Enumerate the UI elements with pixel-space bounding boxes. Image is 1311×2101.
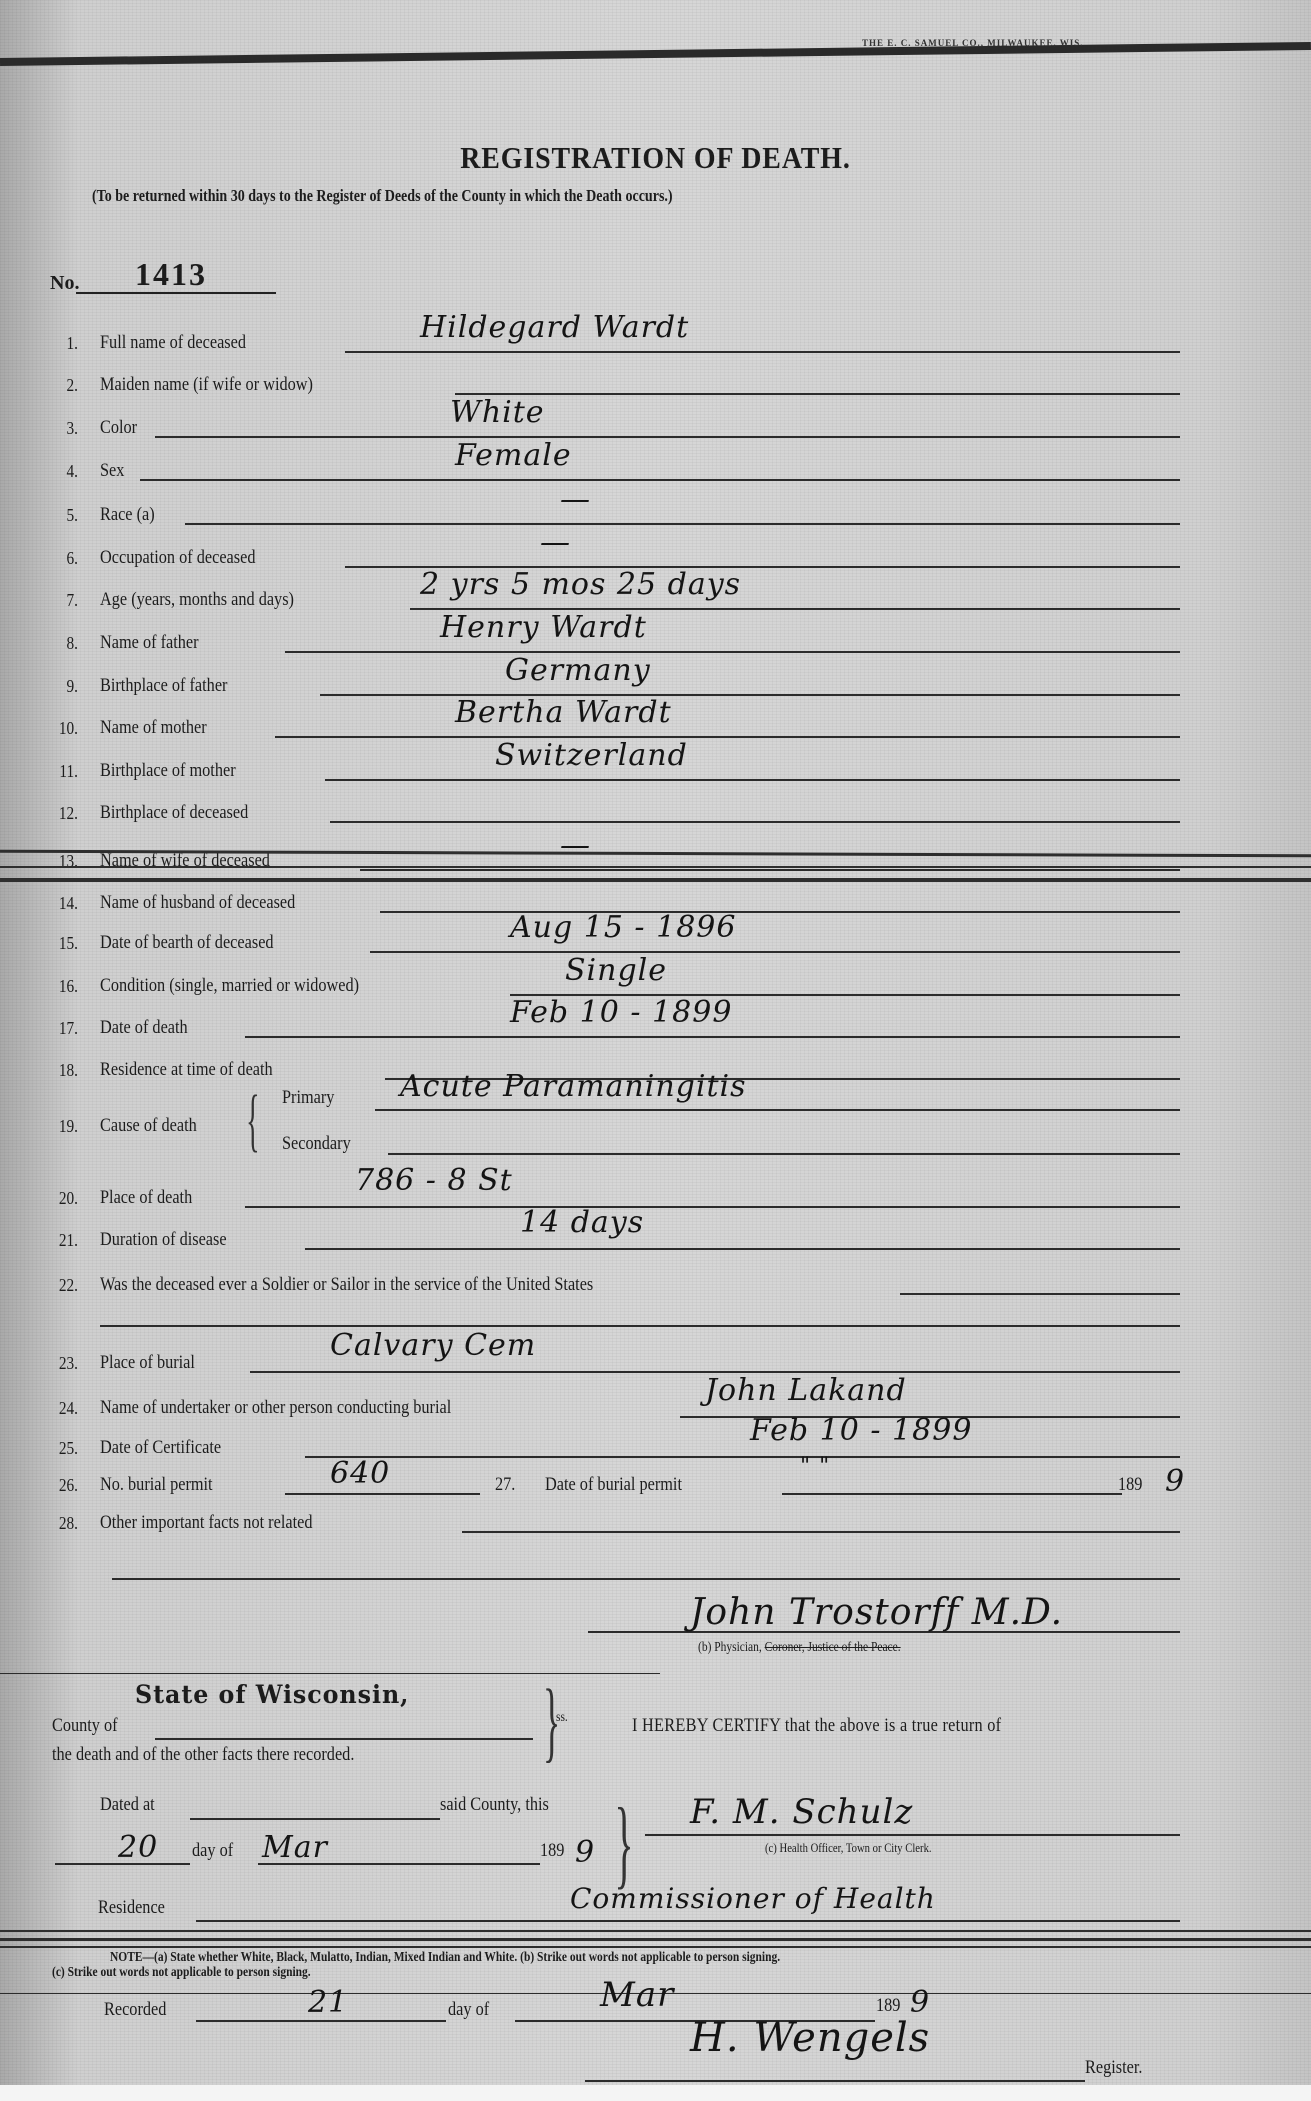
dated-day-value: 20 xyxy=(118,1830,158,1865)
field-burial-permit: 26. No. burial permit 640 27. Date of bu… xyxy=(0,1462,1311,1502)
register-label: Register. xyxy=(1085,2058,1142,2079)
field-number: 3. xyxy=(54,418,78,439)
field-line xyxy=(360,869,1180,871)
field-value: Feb 10 - 1899 xyxy=(750,1413,972,1448)
field-label: Name of wife of deceased xyxy=(100,851,270,872)
recorded-day-line xyxy=(196,2020,446,2022)
field-label: Age (years, months and days) xyxy=(100,590,294,611)
field-line xyxy=(320,694,1180,696)
field-line xyxy=(305,1456,1180,1458)
document-title: REGISTRATION OF DEATH. xyxy=(66,140,1246,176)
field-number: 12. xyxy=(54,803,78,824)
form-field-row: 8.Name of fatherHenry Wardt xyxy=(0,620,1311,660)
field-line xyxy=(345,351,1180,353)
printer-mark: THE E. C. SAMUEL CO., MILWAUKEE, WIS. xyxy=(862,38,1084,48)
form-field-row: 11.Birthplace of motherSwitzerland xyxy=(0,748,1311,788)
residence-label: Residence xyxy=(98,1898,165,1919)
scan-smear xyxy=(0,878,1311,882)
field-label: Occupation of deceased xyxy=(100,548,255,569)
field-line xyxy=(380,911,1180,913)
form-field-row: 24.Name of undertaker or other person co… xyxy=(0,1385,1311,1425)
field-label: Birthplace of mother xyxy=(100,761,236,782)
field-value: — xyxy=(560,482,591,517)
field-value: — xyxy=(540,525,571,560)
field-22-answer-line xyxy=(100,1325,1180,1327)
form-field-row: 21.Duration of disease14 days xyxy=(0,1217,1311,1257)
field-number: 11. xyxy=(54,761,78,782)
other-facts-line-2 xyxy=(112,1578,1180,1580)
field-number: 21. xyxy=(54,1230,78,1251)
physician-caption-kept: (b) Physician, xyxy=(698,1640,762,1655)
residence-line xyxy=(196,1920,1180,1922)
section-divider xyxy=(0,1673,660,1674)
field-value: 786 - 8 St xyxy=(355,1163,513,1198)
field-number: 13. xyxy=(54,851,78,872)
register-signature-line xyxy=(585,2080,1085,2082)
field-label: Name of undertaker or other person condu… xyxy=(100,1398,451,1419)
recorded-day-of-label: day of xyxy=(448,2000,489,2021)
brace: { xyxy=(246,1081,259,1161)
field-value: Hildegard Wardt xyxy=(420,310,689,345)
certify-text: I HEREBY CERTIFY that the above is a tru… xyxy=(632,1716,1001,1737)
field-value: Bertha Wardt xyxy=(455,695,672,730)
field-line xyxy=(305,1248,1180,1250)
form-field-row: 20.Place of death786 - 8 St xyxy=(0,1175,1311,1215)
field-cause-of-death: 19. Cause of death { Primary Acute Param… xyxy=(0,1075,1311,1175)
primary-line xyxy=(375,1109,1180,1111)
field-label: Cause of death xyxy=(100,1116,197,1137)
certify-text-continued: the death and of the other facts there r… xyxy=(52,1745,354,1766)
field-number: 15. xyxy=(54,933,78,954)
field-label: Full name of deceased xyxy=(100,333,246,354)
primary-cause-value: Acute Paramaningitis xyxy=(400,1069,747,1104)
form-field-row: 23.Place of burialCalvary Cem xyxy=(0,1340,1311,1380)
field-number: 2. xyxy=(54,375,78,396)
scan-smear xyxy=(0,1930,1311,1932)
field-line xyxy=(782,1493,1122,1495)
field-value: 14 days xyxy=(520,1205,644,1240)
form-field-row: 13.Name of wife of deceased— xyxy=(0,838,1311,878)
field-value: Aug 15 - 1896 xyxy=(510,910,736,945)
field-label: Sex xyxy=(100,461,124,482)
dated-at-label: Dated at xyxy=(100,1795,155,1816)
county-line xyxy=(155,1738,533,1740)
field-number: 10. xyxy=(54,718,78,739)
field-value: — xyxy=(560,828,591,863)
field-number: 25. xyxy=(54,1438,78,1459)
residence-value: Commissioner of Health xyxy=(570,1882,936,1915)
field-value: Germany xyxy=(505,653,651,688)
field-number: 14. xyxy=(54,893,78,914)
dated-month-value: Mar xyxy=(262,1830,328,1865)
recorded-day-value: 21 xyxy=(308,1985,348,2020)
field-label: Name of husband of deceased xyxy=(100,893,295,914)
recorded-year-prefix: 189 xyxy=(876,1996,900,2017)
field-label: Duration of disease xyxy=(100,1230,227,1251)
county-label: County of xyxy=(52,1716,118,1737)
officer-signature: F. M. Schulz xyxy=(690,1792,913,1832)
field-line xyxy=(370,951,1180,953)
field-number: 5. xyxy=(54,505,78,526)
field-label: Date of bearth of deceased xyxy=(100,933,274,954)
dated-year-suffix: 9 xyxy=(575,1835,595,1870)
officer-signature-line xyxy=(645,1834,1180,1836)
burial-permit-date: " " xyxy=(800,1454,830,1479)
field-number: 17. xyxy=(54,1018,78,1039)
field-value: John Lakand xyxy=(705,1373,907,1408)
recorded-month-value: Mar xyxy=(600,1975,674,2015)
said-county-label: said County, this xyxy=(440,1795,549,1816)
field-line xyxy=(285,1493,480,1495)
field-line xyxy=(462,1531,1180,1533)
field-number: 19. xyxy=(54,1116,78,1137)
field-label: No. burial permit xyxy=(100,1475,213,1496)
scan-smear xyxy=(0,866,1311,868)
field-line xyxy=(245,1206,1180,1208)
ss-mark: ss. xyxy=(556,1710,568,1726)
burial-permit-number: 640 xyxy=(330,1456,390,1491)
field-number: 8. xyxy=(54,633,78,654)
note-line-1: NOTE—(a) State whether White, Black, Mul… xyxy=(110,1950,780,1966)
field-line xyxy=(275,736,1180,738)
field-number: 1. xyxy=(54,333,78,354)
field-line xyxy=(330,821,1180,823)
document-subtitle: (To be returned within 30 days to the Re… xyxy=(92,186,673,206)
field-value: Feb 10 - 1899 xyxy=(510,995,732,1030)
field-label: Name of mother xyxy=(100,718,207,739)
field-value: Switzerland xyxy=(495,738,688,773)
form-field-row: 7.Age (years, months and days)2 yrs 5 mo… xyxy=(0,577,1311,617)
scan-smear xyxy=(0,1938,1311,1941)
primary-label: Primary xyxy=(282,1088,334,1109)
form-field-row: 1.Full name of deceasedHildegard Wardt xyxy=(0,320,1311,360)
form-field-row: 3.ColorWhite xyxy=(0,405,1311,445)
field-line xyxy=(325,779,1180,781)
physician-signature: John Trostorff M.D. xyxy=(690,1592,1063,1633)
form-field-row: 25.Date of CertificateFeb 10 - 1899 xyxy=(0,1425,1311,1465)
field-other-facts: 28. Other important facts not related xyxy=(0,1500,1311,1540)
field-label: Race (a) xyxy=(100,505,155,526)
field-number: 7. xyxy=(54,590,78,611)
field-number: 24. xyxy=(54,1398,78,1419)
field-number: 20. xyxy=(54,1188,78,1209)
form-field-row: 2.Maiden name (if wife or widow) xyxy=(0,362,1311,402)
field-number: 9. xyxy=(54,676,78,697)
field-label: Date of death xyxy=(100,1018,188,1039)
day-of-label: day of xyxy=(192,1841,233,1862)
field-value: Female xyxy=(455,438,572,473)
field-label: Other important facts not related xyxy=(100,1513,312,1534)
field-number: 4. xyxy=(54,461,78,482)
field-label: Birthplace of father xyxy=(100,676,227,697)
form-field-row: 4.SexFemale xyxy=(0,448,1311,488)
field-number: 16. xyxy=(54,976,78,997)
secondary-label: Secondary xyxy=(282,1134,351,1155)
physician-caption: (b) Physician, Coroner, Justice of the P… xyxy=(698,1640,901,1656)
dated-year-prefix: 189 xyxy=(540,1841,564,1862)
field-label: Birthplace of deceased xyxy=(100,803,248,824)
field-label: Date of Certificate xyxy=(100,1438,221,1459)
field-number: 28. xyxy=(54,1513,78,1534)
form-field-row: 22.Was the deceased ever a Soldier or Sa… xyxy=(0,1262,1311,1302)
page-bottom-margin xyxy=(0,2085,1311,2101)
field-label-27: Date of burial permit xyxy=(545,1475,682,1496)
secondary-line xyxy=(388,1153,1180,1155)
field-number: 23. xyxy=(54,1353,78,1374)
scan-smear xyxy=(0,1946,1311,1948)
field-label: Condition (single, married or widowed) xyxy=(100,976,359,997)
field-number: 6. xyxy=(54,548,78,569)
field-line xyxy=(140,479,1180,481)
field-label: Color xyxy=(100,418,137,439)
field-label: Place of burial xyxy=(100,1353,195,1374)
field-line xyxy=(455,393,1180,395)
field-label: Place of death xyxy=(100,1188,192,1209)
field-value: Single xyxy=(565,953,667,988)
field-number: 26. xyxy=(54,1475,78,1496)
field-line xyxy=(185,523,1180,525)
form-field-row: 5.Race (a)— xyxy=(0,492,1311,532)
field-label: Was the deceased ever a Soldier or Sailo… xyxy=(100,1275,593,1296)
physician-caption-struck: Coroner, Justice of the Peace. xyxy=(765,1640,901,1655)
field-value: Calvary Cem xyxy=(330,1328,536,1363)
note-line-2: (c) Strike out words not applicable to p… xyxy=(52,1965,311,1981)
field-line xyxy=(155,436,1180,438)
field-value: White xyxy=(450,395,545,430)
field-label: Name of father xyxy=(100,633,199,654)
field-value: Henry Wardt xyxy=(440,610,647,645)
year-prefix: 189 xyxy=(1118,1475,1142,1496)
register-signature: H. Wengels xyxy=(690,2015,930,2061)
field-number: 22. xyxy=(54,1275,78,1296)
form-field-row: 17.Date of deathFeb 10 - 1899 xyxy=(0,1005,1311,1045)
field-label: Maiden name (if wife or widow) xyxy=(100,375,313,396)
form-field-row: 12.Birthplace of deceased xyxy=(0,790,1311,830)
record-number-value: 1413 xyxy=(135,256,207,293)
field-line xyxy=(245,1036,1180,1038)
field-number-27: 27. xyxy=(495,1475,515,1496)
officer-caption: (c) Health Officer, Town or City Clerk. xyxy=(765,1840,932,1856)
year-suffix: 9 xyxy=(1165,1464,1185,1499)
field-value: 2 yrs 5 mos 25 days xyxy=(420,567,741,602)
dated-at-line xyxy=(190,1818,440,1820)
recorded-label: Recorded xyxy=(104,2000,166,2021)
field-line xyxy=(285,651,1180,653)
state-heading: State of Wisconsin, xyxy=(135,1680,409,1709)
field-line xyxy=(900,1293,1180,1295)
